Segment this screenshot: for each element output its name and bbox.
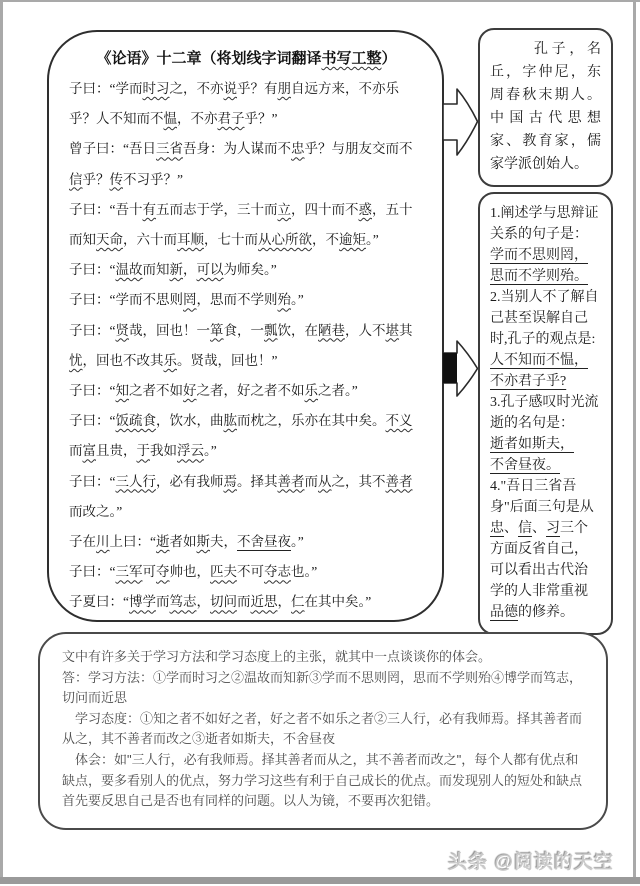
underlined-term: 知 (116, 383, 130, 398)
text-run: 子曰：“ (69, 413, 116, 428)
text-run: 、 (532, 521, 546, 536)
underlined-term: 说 (224, 81, 238, 96)
underlined-term: 可以 (197, 262, 224, 277)
text-run: 4."吾日三省吾身"后面三句是从 (490, 479, 594, 515)
page-border-right (633, 0, 636, 884)
text-run: ，饮水，曲 (156, 413, 224, 428)
text-run: 为师矣。” (224, 262, 277, 277)
underlined-term: 堪 (386, 323, 400, 338)
text-run: 之，其不 (332, 474, 386, 489)
text-run: 帅也， (170, 564, 211, 579)
analects-paragraph: 子曰：“学而不思则罔，思而不学则殆。” (69, 285, 424, 315)
right-arrow-middle-icon (442, 338, 479, 399)
underlined-term: 贤 (116, 323, 130, 338)
underlined-term: 川 (96, 534, 110, 549)
text-run: ， (278, 594, 292, 609)
analects-paragraph: 子曰：“三军可夺帅也，匹夫不可夺志也。” (69, 557, 424, 587)
text-run: ，不 (312, 232, 339, 247)
text-run: 曾子曰：“吾日 (69, 141, 156, 156)
underlined-term: 新 (170, 262, 184, 277)
underlined-term: 时习 (143, 81, 170, 96)
underlined-term: 从 (318, 474, 332, 489)
question-item: 4."吾日三省吾身"后面三句是从忠、信、习三个方面反省自己，可以看出古代治学的人… (490, 476, 601, 623)
underlined-term: 信 (518, 521, 532, 536)
underlined-term: 夺 (156, 564, 170, 579)
confucius-info-box: 孔子，名丘，字仲尼，东周春秋末期人。中国古代思想家、教育家，儒家学派创始人。 (478, 28, 613, 187)
text-run: 不可 (237, 564, 264, 579)
text-run: 《论语》十二章（将划线字词翻译 (96, 51, 321, 67)
underlined-term: 斯 (197, 534, 211, 549)
text-run: 、 (504, 521, 518, 536)
questions-box: 1.阐述学与思辩证关系的句子是：学而不思则罔，思而不学则殆。2.当别人不了解自己… (478, 192, 613, 635)
underlined-term: 品德 (490, 605, 518, 620)
page-border-bottom (0, 877, 640, 884)
underlined-term: 不舍昼夜 (237, 534, 291, 549)
worksheet-title: 《论语》十二章（将划线字词翻译书写工整） (69, 44, 424, 74)
text-run: 子曰：“ (69, 564, 116, 579)
text-run: ，四十而不 (291, 202, 359, 217)
text-run: 。” (366, 232, 379, 247)
underlined-term: 有 (143, 202, 157, 217)
underlined-term: 罔 (183, 292, 197, 307)
underlined-term: 从心所欲 (258, 232, 312, 247)
text-run: 3.孔子感叹时光流逝的名句是： (490, 395, 599, 431)
underlined-term: 殆 (278, 292, 292, 307)
text-run: 而 (69, 443, 83, 458)
underlined-term: 习 (546, 521, 560, 536)
page-border-left (0, 0, 3, 884)
text-run: 五而志于学，三十而 (156, 202, 278, 217)
analects-paragraph: 子在川上曰：“逝者如斯夫，不舍昼夜。” (69, 527, 424, 557)
underlined-term: 不亦君子乎? (490, 374, 566, 389)
text-run: 子曰：“ (69, 383, 116, 398)
text-run: 不习乎？” (123, 172, 183, 187)
text-run: 。贤哉，回也！” (177, 353, 278, 368)
text-run: 1.阐述学与思辩证关系的句子是： (490, 206, 599, 242)
underlined-term: 逝者如斯夫， (490, 437, 574, 452)
text-run: 。” (204, 443, 217, 458)
text-run: 哉，回也！一 (129, 323, 210, 338)
underlined-term: 信 (69, 172, 83, 187)
underlined-term: 三人行 (116, 474, 157, 489)
right-arrow-top-icon (442, 85, 479, 159)
text-run: 食，一 (224, 323, 265, 338)
text-run: 。” (291, 534, 304, 549)
text-run: 的修养。 (518, 605, 574, 620)
text-run: ，思而不学则 (197, 292, 278, 307)
text-run: ，人不 (345, 323, 386, 338)
underlined-term: 乐 (164, 353, 178, 368)
underlined-term: 瓢 (264, 323, 278, 338)
text-run: 子曰：“ (69, 323, 116, 338)
analects-paragraph: 曾子曰：“吾日三省吾身：为人谋而不忠乎？与朋友交而不信乎？传不习乎？” (69, 134, 424, 194)
text-run: 而枕之，乐亦在其中矣。 (237, 413, 386, 428)
answer-paragraph: 学习态度：①知之者不如好之者，好之者不如乐之者②三人行，必有我师焉。择其善者而从… (62, 709, 584, 750)
page-border-top (0, 0, 640, 2)
text-run: 可 (143, 564, 157, 579)
text-run: 之，不亦 (170, 81, 224, 96)
text-run: ，回也不改其 (83, 353, 164, 368)
underlined-term: 学而不思则罔， (490, 248, 588, 263)
answer-paragraph: 答：学习方法：①学而时习之②温故而知新③学而不思则罔，思而不学则殆④博学而笃志，… (62, 668, 584, 709)
underlined-term: 乐 (305, 383, 319, 398)
underlined-term: 温故 (116, 262, 143, 277)
underlined-term: 朋 (278, 81, 292, 96)
question-item: 1.阐述学与思辩证关系的句子是：学而不思则罔，思而不学则殆。 (490, 203, 601, 287)
analects-paragraph: 子曰：“贤哉，回也！一箪食，一瓢饮，在陋巷，人不堪其忧，回也不改其乐。贤哉，回也… (69, 316, 424, 376)
underlined-term: 书写工整 (321, 51, 381, 67)
text-run: 。择其 (237, 474, 278, 489)
answer-paragraph: 文中有许多关于学习方法和学习态度上的主张，就其中一点谈谈你的体会。 (62, 647, 584, 668)
text-run: 其 (399, 323, 413, 338)
underlined-term: 立 (278, 202, 292, 217)
underlined-term: 忠 (291, 141, 305, 156)
underlined-term: 思而不学则殆。 (490, 269, 588, 284)
analects-paragraph: 子曰：“学而时习之，不亦说乎？有朋自远方来，不亦乐乎？人不知而不愠，不亦君子乎？… (69, 74, 424, 134)
question-item: 3.孔子感叹时光流逝的名句是：逝者如斯夫，不舍昼夜。 (490, 392, 601, 476)
underlined-term: 富 (83, 443, 97, 458)
text-run: ， (183, 262, 197, 277)
watermark: 头条 @阅读的天空 (448, 847, 614, 874)
underlined-term: 不义 (386, 413, 413, 428)
text-run: 子在 (69, 534, 96, 549)
underlined-term: 切问 (210, 594, 237, 609)
text-run: 之者不如 (129, 383, 183, 398)
underlined-term: 忧 (69, 353, 83, 368)
analects-text-box: 《论语》十二章（将划线字词翻译书写工整） 子曰：“学而时习之，不亦说乎？有朋自远… (47, 30, 444, 622)
text-run: 子曰：“学而 (69, 81, 143, 96)
text-run: 者如 (170, 534, 197, 549)
underlined-term: 三军 (116, 564, 143, 579)
underlined-term: 逾矩 (339, 232, 366, 247)
arrow-filled-tail (443, 353, 457, 383)
underlined-term: 浮云 (177, 443, 204, 458)
text-run: 上曰：“ (110, 534, 157, 549)
underlined-term: 夺志 (264, 564, 291, 579)
analects-paragraph: 子夏曰：“博学而笃志，切问而近思，仁在其中矣。” (69, 587, 424, 617)
text-run: 乎？ (83, 172, 110, 187)
underlined-term: 不舍昼夜。 (490, 458, 560, 473)
underlined-term: 善者 (278, 474, 305, 489)
text-run: ，七十而 (204, 232, 258, 247)
underlined-term: 匹夫 (210, 564, 237, 579)
discussion-box: 文中有许多关于学习方法和学习态度上的主张，就其中一点谈谈你的体会。答：学习方法：… (38, 632, 608, 830)
text-run: 而改之。” (69, 504, 122, 519)
underlined-term: 饭疏食 (116, 413, 157, 428)
underlined-term: 天命 (96, 232, 123, 247)
text-run: 且贵， (96, 443, 137, 458)
underlined-term: 君子 (218, 111, 245, 126)
text-run: 夫， (210, 534, 237, 549)
text-run: 子曰：“学而不思则 (69, 292, 183, 307)
text-run: 乎？” (245, 111, 278, 126)
text-run: ， (197, 594, 211, 609)
text-run: 而 (156, 594, 170, 609)
text-run: 。” (291, 292, 304, 307)
analects-paragraph: 子曰：“知之者不如好之者，好之者不如乐之者。” (69, 376, 424, 406)
underlined-term: 三省 (156, 141, 183, 156)
underlined-term: 陋巷 (318, 323, 345, 338)
analects-paragraph: 子曰：“三人行，必有我师焉。择其善者而从之，其不善者而改之。” (69, 467, 424, 527)
underlined-term: 博学 (129, 594, 156, 609)
text-run: 我如 (150, 443, 177, 458)
text-run: 饮，在 (278, 323, 319, 338)
analects-paragraphs: 子曰：“学而时习之，不亦说乎？有朋自远方来，不亦乐乎？人不知而不愠，不亦君子乎？… (69, 74, 424, 618)
underlined-term: 近思 (251, 594, 278, 609)
text-run: 而 (237, 594, 251, 609)
text-run: ，六十而 (123, 232, 177, 247)
underlined-term: 惑 (359, 202, 373, 217)
underlined-term: 愠 (164, 111, 178, 126)
text-run: 而 (305, 474, 319, 489)
analects-paragraph: 子曰：“吾十有五而志于学，三十而立，四十而不惑，五十而知天命，六十而耳顺，七十而… (69, 195, 424, 255)
text-run: 而知 (143, 262, 170, 277)
text-run: 也。” (291, 564, 317, 579)
text-run: 子曰：“吾十 (69, 202, 143, 217)
worksheet-page: 《论语》十二章（将划线字词翻译书写工整） 子曰：“学而时习之，不亦说乎？有朋自远… (0, 0, 640, 886)
underlined-term: 善者 (386, 474, 413, 489)
text-run: 吾身：为人谋而不 (183, 141, 291, 156)
underlined-term: 焉 (224, 474, 238, 489)
text-run: 子夏曰：“ (69, 594, 129, 609)
underlined-term: 耳顺 (177, 232, 204, 247)
text-run: 乎？与朋友交而不 (305, 141, 413, 156)
text-run: 2.当别人不了解自己甚至误解自己时,孔子的观点是: (490, 290, 599, 347)
question-item: 2.当别人不了解自己甚至误解自己时,孔子的观点是:人不知而不愠，不亦君子乎? (490, 287, 601, 392)
text-run: 之者。” (318, 383, 358, 398)
underlined-term: 仁 (291, 594, 305, 609)
text-run: 子曰：“ (69, 262, 116, 277)
analects-paragraph: 子曰：“饭疏食，饮水，曲肱而枕之，乐亦在其中矣。不义而富且贵，于我如浮云。” (69, 406, 424, 466)
underlined-term: 于 (137, 443, 151, 458)
underlined-term: 肱 (224, 413, 238, 428)
underlined-term: 箪 (210, 323, 224, 338)
underlined-term: 逝 (156, 534, 170, 549)
text-run: ） (382, 51, 397, 67)
underlined-term: 好 (183, 383, 197, 398)
analects-paragraph: 子曰：“温故而知新，可以为师矣。” (69, 255, 424, 285)
answer-paragraph: 体会：如"三人行，必有我师焉。择其善者而从之，其不善者而改之"，每个人都有优点和… (62, 750, 584, 812)
text-run: ，不亦 (177, 111, 218, 126)
text-run: 在其中矣。” (305, 594, 372, 609)
confucius-bio: 孔子，名丘，字仲尼，东周春秋末期人。中国古代思想家、教育家，儒家学派创始人。 (490, 38, 601, 176)
underlined-term: 笃志 (170, 594, 197, 609)
text-run: 子曰：“ (69, 474, 116, 489)
text-run: ，必有我师 (156, 474, 224, 489)
text-run: 乎？有 (237, 81, 278, 96)
text-run: 之者，好之者不如 (197, 383, 305, 398)
underlined-term: 忠 (490, 521, 504, 536)
underlined-term: 传 (110, 172, 124, 187)
underlined-term: 人不知而不愠， (490, 353, 588, 368)
